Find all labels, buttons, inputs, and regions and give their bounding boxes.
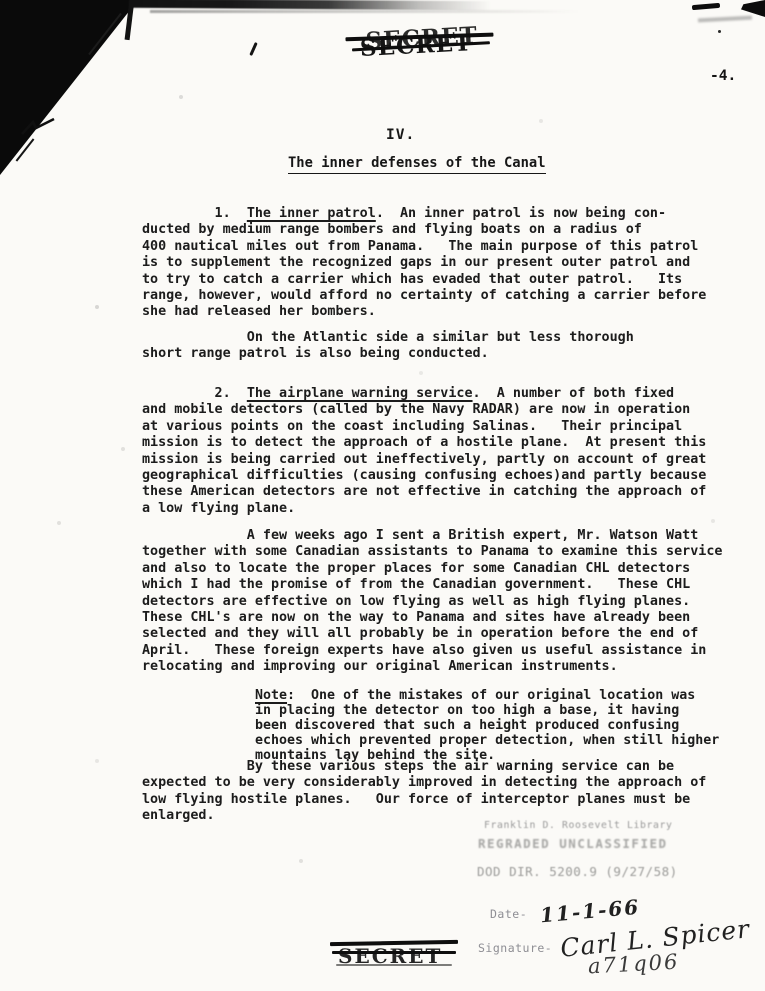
text-line: low flying hostile planes. Our force of …	[142, 792, 706, 808]
scan-smudge-artifact	[150, 10, 580, 13]
signature-label: Signature-	[478, 941, 552, 955]
text-line: geographical difficulties (causing confu…	[142, 468, 706, 484]
text-line: 400 nautical miles out from Panama. The …	[142, 239, 706, 255]
strike-line	[336, 964, 452, 966]
paragraph-conclusion: By these various steps the air warning s…	[142, 759, 706, 825]
text-line: detectors are effective on low flying as…	[142, 594, 722, 610]
text-line: expected to be very considerably improve…	[142, 775, 706, 791]
text-line: April. These foreign experts have also g…	[142, 643, 722, 659]
handwritten-archive-code: a71q06	[587, 950, 680, 979]
text-line: 1. The inner patrol. An inner patrol is …	[142, 206, 706, 222]
text-line: By these various steps the air warning s…	[142, 759, 706, 775]
text-line: These CHL's are now on the way to Panama…	[142, 610, 722, 626]
text-line: relocating and improving our original Am…	[142, 659, 722, 675]
scan-smudge-artifact	[129, 0, 491, 10]
secret-stamp-bottom: SECRET	[334, 934, 456, 980]
text-line: range, however, would afford no certaint…	[142, 288, 706, 304]
regraded-stamp-line: REGRADED UNCLASSIFIED	[478, 836, 668, 851]
paragraph-british-expert: A few weeks ago I sent a British expert,…	[142, 528, 722, 676]
text-line: mission is being carried out ineffective…	[142, 452, 706, 468]
text-line: Note: One of the mistakes of our origina…	[255, 689, 719, 704]
text-line: ducted by medium range bombers and flyin…	[142, 222, 706, 238]
text-line: 2. The airplane warning service. A numbe…	[142, 386, 706, 402]
date-label: Date-	[490, 907, 527, 921]
text-line: been discovered that such a height produ…	[255, 719, 719, 734]
text-line: echoes which prevented proper detection,…	[255, 734, 719, 749]
text-line: short range patrol is also being conduct…	[142, 346, 634, 362]
text-line: a low flying plane.	[142, 501, 706, 517]
text-line: selected and they will all probably be i…	[142, 626, 722, 642]
document-page: SECRET -4. IV. The inner defenses of the…	[0, 0, 765, 991]
paragraph-inner-patrol: 1. The inner patrol. An inner patrol is …	[142, 206, 706, 321]
text-line: and mobile detectors (called by the Navy…	[142, 402, 706, 418]
scan-edge-mark	[692, 3, 720, 10]
scan-corner-fold-artifact	[0, 0, 138, 175]
text-line: together with some Canadian assistants t…	[142, 544, 722, 560]
text-line: A few weeks ago I sent a British expert,…	[142, 528, 722, 544]
text-line: is to supplement the recognized gaps in …	[142, 255, 706, 271]
secret-stamp-top: SECRET	[357, 23, 479, 71]
scan-edge-mark	[698, 16, 752, 23]
text-line: and also to locate the proper places for…	[142, 561, 722, 577]
strike-line	[332, 951, 456, 954]
document-title: The inner defenses of the Canal	[288, 155, 546, 171]
section-number: IV.	[386, 127, 415, 143]
paragraph-atlantic-side: On the Atlantic side a similar but less …	[142, 330, 634, 363]
document-title-text: The inner defenses of the Canal	[288, 155, 546, 174]
stray-pen-mark	[249, 42, 257, 56]
text-line: in placing the detector on too high a ba…	[255, 704, 719, 719]
text-line: mission is to detect the approach of a h…	[142, 435, 706, 451]
scan-specks	[0, 0, 2, 2]
text-line: to try to catch a carrier which has evad…	[142, 272, 706, 288]
text-line: which I had the promise of from the Cana…	[142, 577, 722, 593]
library-stamp-line: Franklin D. Roosevelt Library	[484, 820, 672, 831]
text-line: at various points on the coast including…	[142, 419, 706, 435]
directive-stamp-line: DOD DIR. 5200.9 (9/27/58)	[477, 864, 678, 879]
handwritten-date: 11-1-66	[539, 895, 641, 928]
text-line: these American detectors are not effecti…	[142, 484, 706, 500]
text-line: On the Atlantic side a similar but less …	[142, 330, 634, 346]
margin-check-mark	[20, 116, 58, 140]
page-number: -4.	[710, 68, 736, 84]
scan-speck	[718, 30, 721, 33]
note-block: Note: One of the mistakes of our origina…	[255, 689, 719, 764]
text-line: she had released her bombers.	[142, 304, 706, 320]
paragraph-warning-service: 2. The airplane warning service. A numbe…	[142, 386, 706, 517]
scan-edge-mark	[741, 0, 765, 17]
